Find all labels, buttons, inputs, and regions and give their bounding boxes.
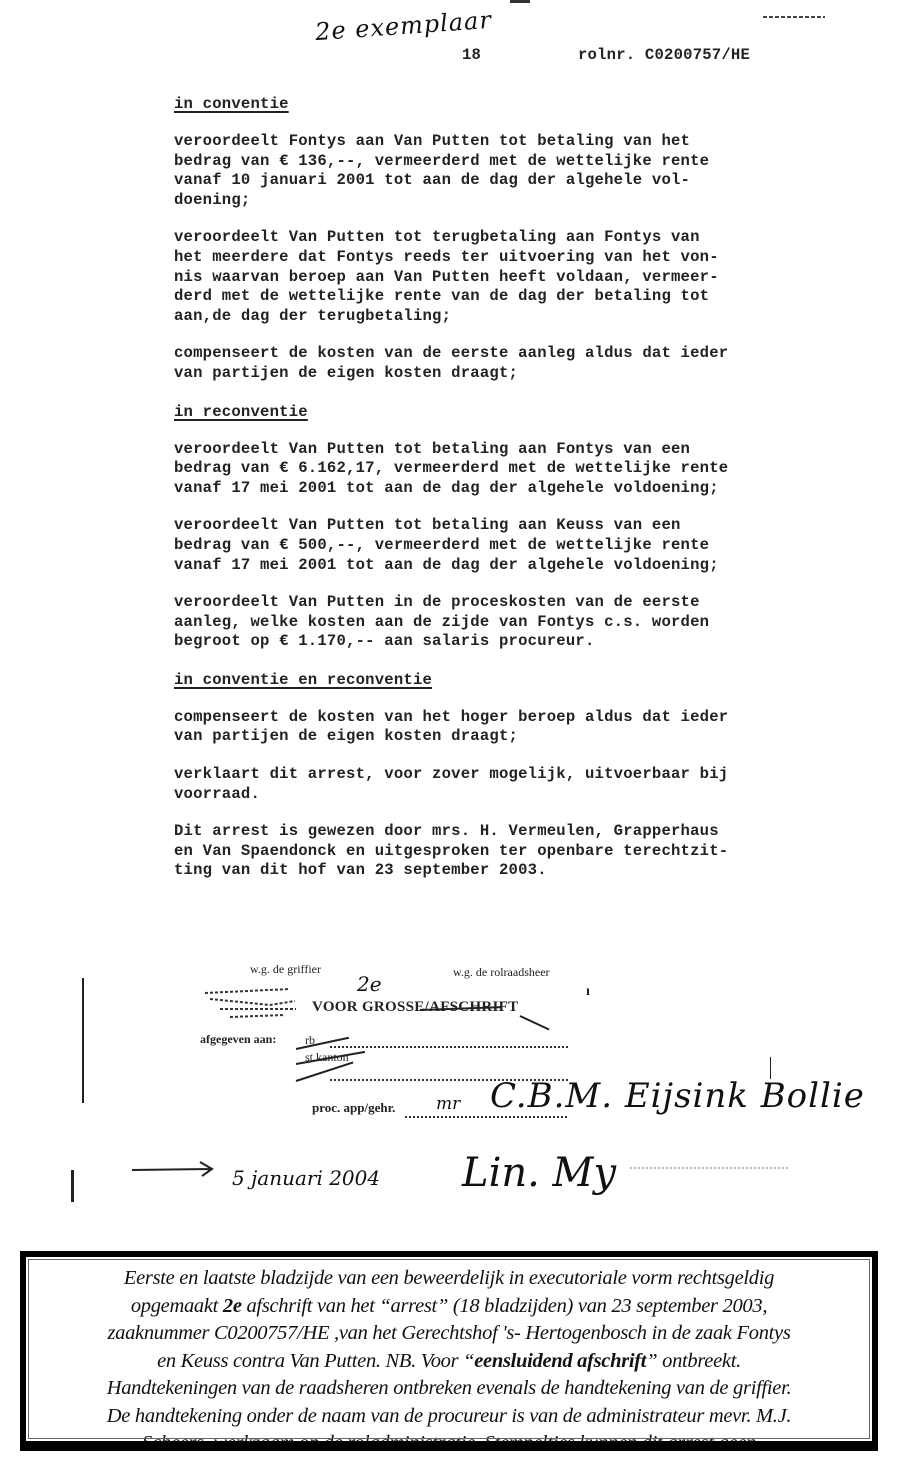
paragraph: verklaart dit arrest, voor zover mogelij… (174, 765, 814, 804)
handwritten-date: 5 januari 2004 (232, 1166, 380, 1190)
paragraph: compenseert de kosten van de eerste aanl… (174, 344, 814, 383)
paragraph: veroordeelt Van Putten tot terugbetaling… (174, 228, 814, 326)
caption-inner-border (28, 1259, 870, 1439)
dotted-line (330, 1046, 568, 1048)
pen-mark (520, 1015, 550, 1030)
section-reconventie: in reconventie veroordeelt Van Putten to… (174, 402, 814, 652)
paragraph: Dit arrest is gewezen door mrs. H. Verme… (174, 822, 814, 881)
handwritten-mr: mr (436, 1094, 460, 1114)
pen-mark: ı (586, 984, 590, 1000)
proc-app-label: proc. app/gehr. (312, 1100, 395, 1116)
margin-line (71, 1170, 74, 1202)
section-conventie-en-reconventie: in conventie en reconventie compenseert … (174, 670, 814, 881)
stamp-griffier-label: w.g. de griffier (250, 962, 321, 977)
section-heading: in reconventie (174, 402, 814, 422)
paragraph: compenseert de kosten van het hoger bero… (174, 708, 814, 747)
faint-dotted-line (630, 1167, 790, 1169)
arrow-right-icon (130, 1158, 220, 1180)
stamp-seal-icon (200, 985, 300, 1025)
paragraph: veroordeelt Fontys aan Van Putten tot be… (174, 132, 814, 210)
scan-mark (510, 0, 530, 3)
document-page: 2e exemplaar 18 rolnr. C0200757/HE in co… (0, 0, 900, 1462)
paragraph: veroordeelt Van Putten tot betaling aan … (174, 516, 814, 575)
page-number: 18 (462, 46, 481, 64)
strike-line (296, 1037, 349, 1050)
scan-mark (763, 16, 825, 18)
afgegeven-aan-label: afgegeven aan: (200, 1032, 276, 1047)
case-reference: rolnr. C0200757/HE (578, 46, 750, 64)
handwritten-annotation: 2e exemplaar (314, 6, 492, 46)
section-heading: in conventie (174, 94, 814, 114)
margin-line (82, 978, 84, 1103)
handwritten-procureur-name: C.B.M. Eijsink Bollie (490, 1076, 865, 1116)
section-conventie: in conventie veroordeelt Fontys aan Van … (174, 94, 814, 384)
caption-box: Eerste en laatste bladzijde van een bewe… (20, 1251, 878, 1451)
judgment-body: in conventie veroordeelt Fontys aan Van … (174, 94, 814, 899)
section-heading: in conventie en reconventie (174, 670, 814, 690)
paragraph: veroordeelt Van Putten in de proceskoste… (174, 593, 814, 652)
handwritten-2e: 2e (357, 972, 382, 996)
handwritten-signature: Lin. My (462, 1150, 616, 1196)
dotted-line (405, 1116, 568, 1118)
stamp-rolraadsheer-label: w.g. de rolraadsheer (453, 965, 550, 980)
paragraph: veroordeelt Van Putten tot betaling aan … (174, 440, 814, 499)
